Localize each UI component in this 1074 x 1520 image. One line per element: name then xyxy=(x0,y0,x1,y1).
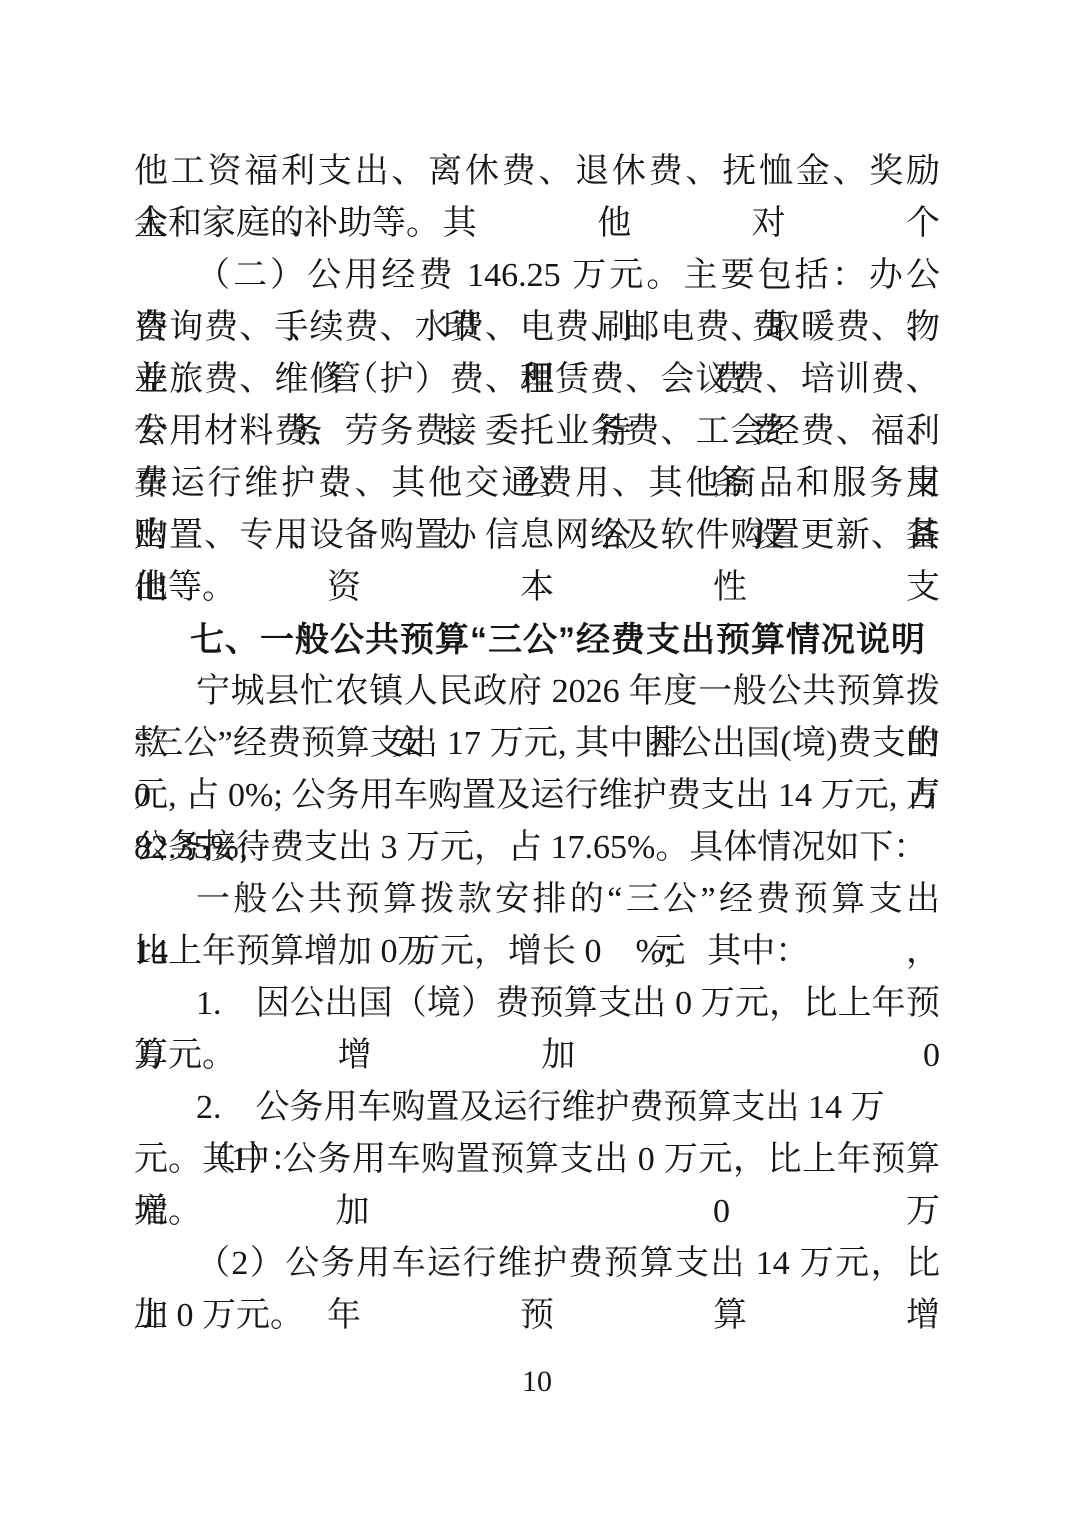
text-line: 车运行维护费、其他交通费用、其他商品和服务支出、办公设备 xyxy=(134,458,940,510)
text-line: （1）公务用车购置预算支出 0 万元，比上年预算增加 0 万 xyxy=(134,1134,940,1186)
document-body: 他工资福利支出、离休费、退休费、抚恤金、奖励金、其他对个 人和家庭的补助等。 （… xyxy=(134,146,940,1342)
text-line: 购置、专用设备购置、信息网络及软件购置更新、其他资本性支 xyxy=(134,510,940,562)
text-line: 元, 占 0%; 公务用车购置及运行维护费支出 14 万元, 占 82.35%; xyxy=(134,770,940,822)
text-line: （2）公务用车运行维护费预算支出 14 万元，比上年预算增 xyxy=(134,1238,940,1290)
text-line: 一般公共预算拨款安排的“三公”经费预算支出 14 万元， xyxy=(134,874,940,926)
text-line: 公务接待费支出 3 万元，占 17.65%。具体情况如下： xyxy=(134,822,940,874)
text-line: 专用材料费、劳务费、委托业务费、工会经费、福利费、公务用 xyxy=(134,406,940,458)
text-line: 1. 因公出国（境）费预算支出 0 万元，比上年预算增加 0 xyxy=(134,978,940,1030)
text-line: 宁城县忙农镇人民政府 2026 年度一般公共预算拨款安排的 xyxy=(134,666,940,718)
text-line: 差旅费、维修（护）费、租赁费、会议费、培训费、公务接待费、 xyxy=(134,354,940,406)
text-line: 咨询费、手续费、水费、电费、邮电费、取暖费、物业管理费、 xyxy=(134,302,940,354)
text-line: 2. 公务用车购置及运行维护费预算支出 14 万元。其中： xyxy=(134,1082,940,1134)
document-page: 他工资福利支出、离休费、退休费、抚恤金、奖励金、其他对个 人和家庭的补助等。 （… xyxy=(0,0,1074,1520)
page-number: 10 xyxy=(0,1360,1074,1404)
text-line: “三公”经费预算支出 17 万元, 其中因公出国(境)费支出 0 万 xyxy=(134,718,940,770)
section-heading: 七、一般公共预算“三公”经费支出预算情况说明 xyxy=(134,614,940,666)
text-line: 他工资福利支出、离休费、退休费、抚恤金、奖励金、其他对个 xyxy=(134,146,940,198)
text-line: （二）公用经费 146.25 万元。主要包括：办公费、印刷费、 xyxy=(134,250,940,302)
